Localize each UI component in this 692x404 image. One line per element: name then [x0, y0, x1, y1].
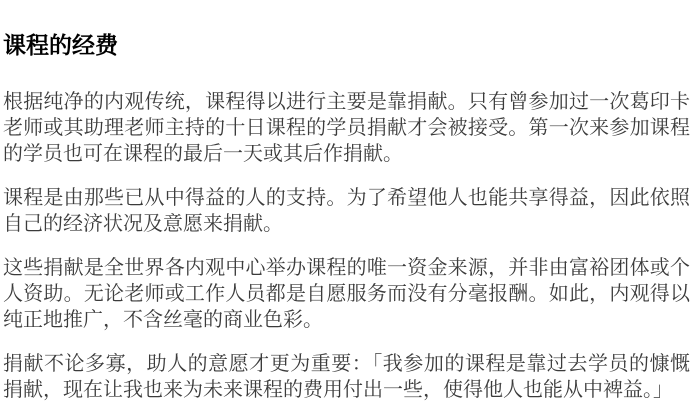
- page-title: 课程的经费: [3, 30, 690, 60]
- article-page: 课程的经费 根据纯净的内观传统，课程得以进行主要是靠捐献。只有曾参加过一次葛印卡…: [0, 0, 692, 404]
- paragraph-intention-quote: 捐献不论多寡，助人的意愿才更为重要：「我参加的课程是靠过去学员的慷慨捐献，现在让…: [3, 351, 690, 403]
- paragraph-sole-funding-source: 这些捐献是全世界各内观中心举办课程的唯一资金来源，并非由富裕团体或个人资助。无论…: [3, 255, 690, 333]
- paragraph-donation-tradition: 根据纯净的内观传统，课程得以进行主要是靠捐献。只有曾参加过一次葛印卡老师或其助理…: [3, 89, 690, 167]
- paragraph-support-by-beneficiaries: 课程是由那些已从中得益的人的支持。为了希望他人也能共享得益，因此依照自己的经济状…: [3, 185, 690, 237]
